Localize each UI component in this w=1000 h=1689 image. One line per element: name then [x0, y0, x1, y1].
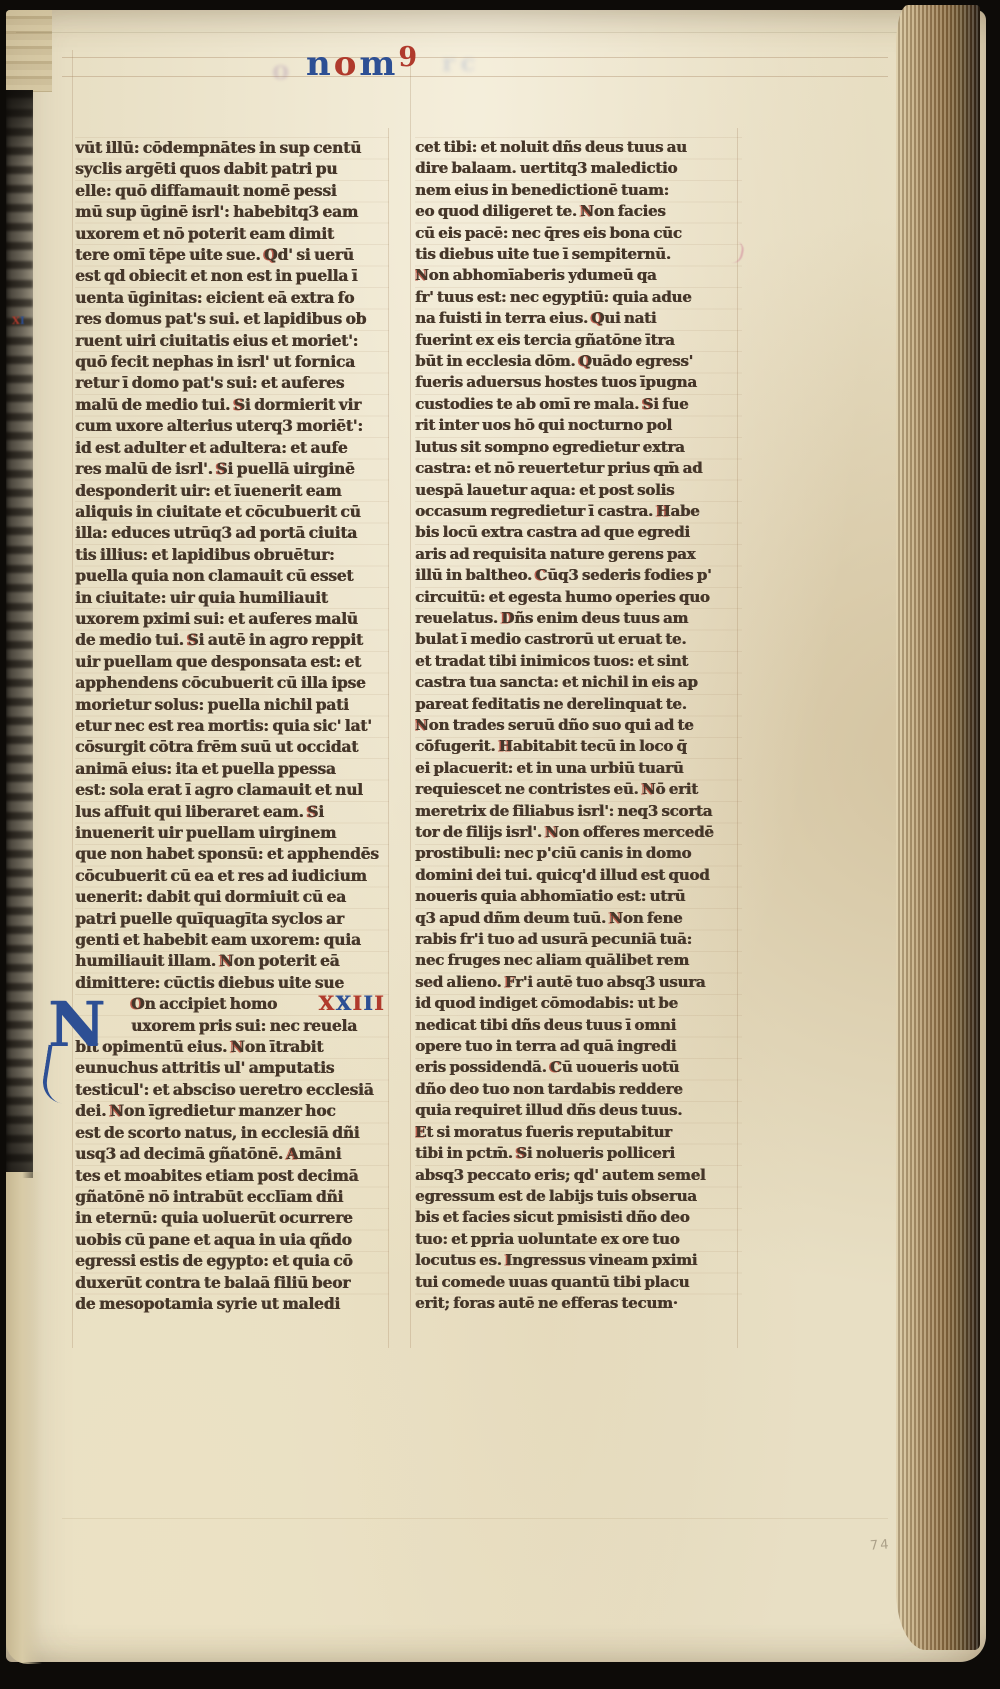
- text-line: reuelatus. Dñs enim deus tuus am: [415, 608, 742, 629]
- running-title-letter: m: [359, 44, 398, 84]
- text-line: in eternū: quia uoluerūt ocurrere: [75, 1207, 389, 1228]
- text-line: puella quia non clamauit cū esset: [75, 565, 389, 586]
- fore-edge-pages: [896, 5, 980, 1650]
- chapter-initial-flourish: [40, 1045, 70, 1104]
- chapter-number: XXIII: [318, 993, 385, 1014]
- parchment-page: X I o rc nom9 vūt illū: cōdempnātes in s…: [6, 10, 986, 1662]
- ruling-line: [62, 1518, 888, 1519]
- text-line: eris possidendā. Cū uoueris uotū: [415, 1057, 742, 1078]
- text-line: occasum regredietur ī castra. Habe: [415, 501, 742, 522]
- text-line: cet tibi: et noluit dñs deus tuus au: [415, 137, 742, 158]
- text-line: in ciuitate: uir quia humiliauit: [75, 587, 389, 608]
- text-line: duxerūt contra te balaā filiū beor: [75, 1272, 389, 1293]
- text-line: tibi in pctm̄. Si nolueris polliceri: [415, 1143, 742, 1164]
- text-line: lus affuit qui liberaret eam. Si: [75, 801, 389, 822]
- text-line: bit opimentū eius. Non ītrabit: [75, 1036, 389, 1057]
- text-line: Non abhomīaberis ydumeū qa: [415, 265, 742, 286]
- chapter-initial: N: [48, 996, 105, 1054]
- text-line: q3 apud dñm deum tuū. Non fene: [415, 908, 742, 929]
- text-line: est de scorto natus, in ecclesiā dñi: [75, 1122, 389, 1143]
- text-line: bis et facies sicut pmisisti dño deo: [415, 1207, 742, 1228]
- text-line: illa: educes utrūq3 ad portā ciuita: [75, 522, 389, 543]
- text-line: lutus sit sompno egredietur extra: [415, 437, 742, 458]
- text-line: sed alieno. Fr'i autē tuo absq3 usura: [415, 972, 742, 993]
- running-title-letter: o: [334, 44, 360, 84]
- text-line: quia requiret illud dñs deus tuus.: [415, 1100, 742, 1121]
- text-line: uespā lauetur aqua: et post solis: [415, 480, 742, 501]
- ruling-line: [62, 76, 888, 77]
- text-line: tui comede uuas quantū tibi placu: [415, 1272, 742, 1293]
- text-line: cōcubuerit cū ea et res ad iudicium: [75, 865, 389, 886]
- text-line: uxorem et nō poterit eam dimit: [75, 223, 389, 244]
- text-line: meretrix de filiabus isrl': neq3 scorta: [415, 801, 742, 822]
- text-line: locutus es. Ingressus vineam pximi: [415, 1250, 742, 1271]
- text-line: eunuchus attritis ul' amputatis: [75, 1057, 389, 1078]
- text-line: dimittere: cūctis diebus uite sue: [75, 972, 389, 993]
- text-line: cōsurgit cōtra frēm suū ut occidat: [75, 736, 389, 757]
- text-line: cum uxore alterius uterq3 moriēt':: [75, 415, 389, 436]
- text-line: fueris aduersus hostes tuos īpugna: [415, 372, 742, 393]
- text-line: vūt illū: cōdempnātes in sup centū: [75, 137, 389, 158]
- text-line: usq3 ad decimā gñatōnē. Amāni: [75, 1143, 389, 1164]
- text-line: opere tuo in terra ad quā ingredi: [415, 1036, 742, 1057]
- text-column-right: cet tibi: et noluit dñs deus tuus audire…: [415, 137, 742, 1314]
- text-line: On accipiet homoXXIII: [75, 993, 389, 1014]
- text-line: noueris quia abhomīatio est: utrū: [415, 886, 742, 907]
- offset-ghost-mark: o: [272, 56, 289, 86]
- text-line: testicul': et absciso ueretro ecclesiā: [75, 1079, 389, 1100]
- text-line: tes et moabites etiam post decimā: [75, 1165, 389, 1186]
- text-line: tere omī tēpe uite sue. Qd' si uerū: [75, 244, 389, 265]
- prev-page-edge: X I: [6, 90, 33, 1178]
- text-line: que non habet sponsū: et apphendēs: [75, 843, 389, 864]
- manuscript-photo: X I o rc nom9 vūt illū: cōdempnātes in s…: [0, 0, 1000, 1689]
- text-line: fr' tuus est: nec egyptiū: quia adue: [415, 287, 742, 308]
- page-curl-bottom-left: [6, 1172, 42, 1664]
- text-line: uxorem pris sui: nec reuela: [75, 1015, 389, 1036]
- text-line: tis illius: et lapidibus obruētur:: [75, 544, 389, 565]
- text-line: absq3 peccato eris; qd' autem semel: [415, 1165, 742, 1186]
- text-line: illū in baltheo. Cūq3 sederis fodies p': [415, 565, 742, 586]
- text-line: rit inter uos hō qui nocturno pol: [415, 415, 742, 436]
- text-line: nedicat tibi dñs deus tuus ī omni: [415, 1015, 742, 1036]
- running-title-letter: n: [306, 44, 334, 84]
- text-line: patri puelle quīquagīta syclos ar: [75, 908, 389, 929]
- text-line: syclis argēti quos dabit patri pu: [75, 158, 389, 179]
- folio-number: 74: [870, 1537, 892, 1553]
- text-line: est: sola erat ī agro clamauit et nul: [75, 779, 389, 800]
- text-line: desponderit uir: et īuenerit eam: [75, 480, 389, 501]
- text-line: nem eius in benedictionē tuam:: [415, 180, 742, 201]
- text-line: morietur solus: puella nichil pati: [75, 694, 389, 715]
- text-line: cū eis pacē: nec q̄res eis bona cūc: [415, 223, 742, 244]
- text-line: uenerit: dabit qui dormiuit cū ea: [75, 886, 389, 907]
- text-line: uir puellam que desponsata est: et: [75, 651, 389, 672]
- text-line: genti et habebit eam uxorem: quia: [75, 929, 389, 950]
- text-line: eo quod diligeret te. Non facies: [415, 201, 742, 222]
- text-line: custodies te ab omī re mala. Si fue: [415, 394, 742, 415]
- ghost-chapter-mark-red: X: [12, 316, 20, 327]
- text-line: animā eius: ita et puella ppessa: [75, 758, 389, 779]
- text-line: et tradat tibi inimicos tuos: et sint: [415, 651, 742, 672]
- text-line: humiliauit illam. Non poterit eā: [75, 950, 389, 971]
- ghost-chapter-mark-blue: I: [20, 316, 25, 327]
- ruling-line: [72, 50, 73, 1348]
- text-line: mū sup ūginē isrl': habebitq3 eam: [75, 201, 389, 222]
- text-line: bulat ī medio castrorū ut eruat te.: [415, 629, 742, 650]
- text-line: prostibuli: nec p'ciū canis in domo: [415, 843, 742, 864]
- crease-line: [16, 32, 916, 33]
- text-line: retur ī domo pat's sui: et auferes: [75, 372, 389, 393]
- text-line: tis diebus uite tue ī sempiternū.: [415, 244, 742, 265]
- text-line: egressi estis de egypto: et quia cō: [75, 1250, 389, 1271]
- text-line: dei. Non īgredietur manzer hoc: [75, 1100, 389, 1121]
- text-line: erit; foras autē ne efferas tecum·: [415, 1293, 742, 1314]
- text-line: uxorem pximi sui: et auferes malū: [75, 608, 389, 629]
- text-line: castra: et nō reuertetur prius qm̄ ad: [415, 458, 742, 479]
- offset-ghost-mark: rc: [442, 48, 481, 77]
- text-line: fuerint ex eis tercia gñatōne ītra: [415, 330, 742, 351]
- text-line: circuitū: et egesta humo operies quo: [415, 587, 742, 608]
- text-line: id quod indiget cōmodabis: ut be: [415, 993, 742, 1014]
- text-line: etur nec est rea mortis: quia sic' lat': [75, 715, 389, 736]
- text-line: quō fecit nephas in isrl' ut fornica: [75, 351, 389, 372]
- text-line: na fuisti in terra eius. Qui nati: [415, 308, 742, 329]
- text-line: uenta ūginitas: eicient eā extra fo: [75, 287, 389, 308]
- text-line: dño deo tuo non tardabis reddere: [415, 1079, 742, 1100]
- text-line: res domus pat's sui. et lapidibus ob: [75, 308, 389, 329]
- text-line: est qd obiecit et non est in puella ī: [75, 265, 389, 286]
- ruling-line: [62, 57, 888, 58]
- text-line: de mesopotamia syrie ut maledi: [75, 1293, 389, 1314]
- text-line: dire balaam. uertitq3 maledictio: [415, 158, 742, 179]
- text-line: tuo: et ppria uoluntate ex ore tuo: [415, 1229, 742, 1250]
- text-line: apphendens cōcubuerit cū illa ipse: [75, 672, 389, 693]
- text-line: egressum est de labijs tuis obserua: [415, 1186, 742, 1207]
- text-line: de medio tui. Si autē in agro reppit: [75, 629, 389, 650]
- stacked-page-corner-edges: [6, 10, 52, 92]
- text-line: bis locū extra castra ad que egredi: [415, 522, 742, 543]
- running-title-letter: 9: [398, 42, 417, 73]
- text-line: rabis fr'i tuo ad usurā pecuniā tuā:: [415, 929, 742, 950]
- text-line: gñatōnē nō intrabūt ecclīam dñi: [75, 1186, 389, 1207]
- running-title: nom9: [306, 38, 417, 84]
- text-line: ruent uiri ciuitatis eius et moriet':: [75, 330, 389, 351]
- text-line: nec fruges nec aliam quālibet rem: [415, 950, 742, 971]
- text-line: būt in ecclesia dōm. Quādo egress': [415, 351, 742, 372]
- ruling-line: [410, 50, 411, 1348]
- text-line: tor de filijs isrl'. Non offeres mercedē: [415, 822, 742, 843]
- text-line: malū de medio tui. Si dormierit vir: [75, 394, 389, 415]
- text-line: res malū de isrl'. Si puellā uirginē: [75, 458, 389, 479]
- text-line: castra tua sancta: et nichil in eis ap: [415, 672, 742, 693]
- text-line: ei placuerit: et in una urbiū tuarū: [415, 758, 742, 779]
- text-line: Non trades seruū dño suo qui ad te: [415, 715, 742, 736]
- text-line: Et si moratus fueris reputabitur: [415, 1122, 742, 1143]
- text-line: inuenerit uir puellam uirginem: [75, 822, 389, 843]
- text-line: id est adulter et adultera: et aufe: [75, 437, 389, 458]
- text-column-left: vūt illū: cōdempnātes in sup centūsyclis…: [75, 137, 389, 1314]
- text-line: elle: quō diffamauit nomē pessi: [75, 180, 389, 201]
- text-line: pareat feditatis ne derelinquat te.: [415, 694, 742, 715]
- text-line: aris ad requisita nature gerens pax: [415, 544, 742, 565]
- text-line: aliquis in ciuitate et cōcubuerit cū: [75, 501, 389, 522]
- text-line: uobis cū pane et aqua in uia qñdo: [75, 1229, 389, 1250]
- text-line: cōfugerit. Habitabit tecū in loco q̄: [415, 736, 742, 757]
- text-line: requiescet ne contristes eū. Nō erit: [415, 779, 742, 800]
- text-line: domini dei tui. quicq'd illud est quod: [415, 865, 742, 886]
